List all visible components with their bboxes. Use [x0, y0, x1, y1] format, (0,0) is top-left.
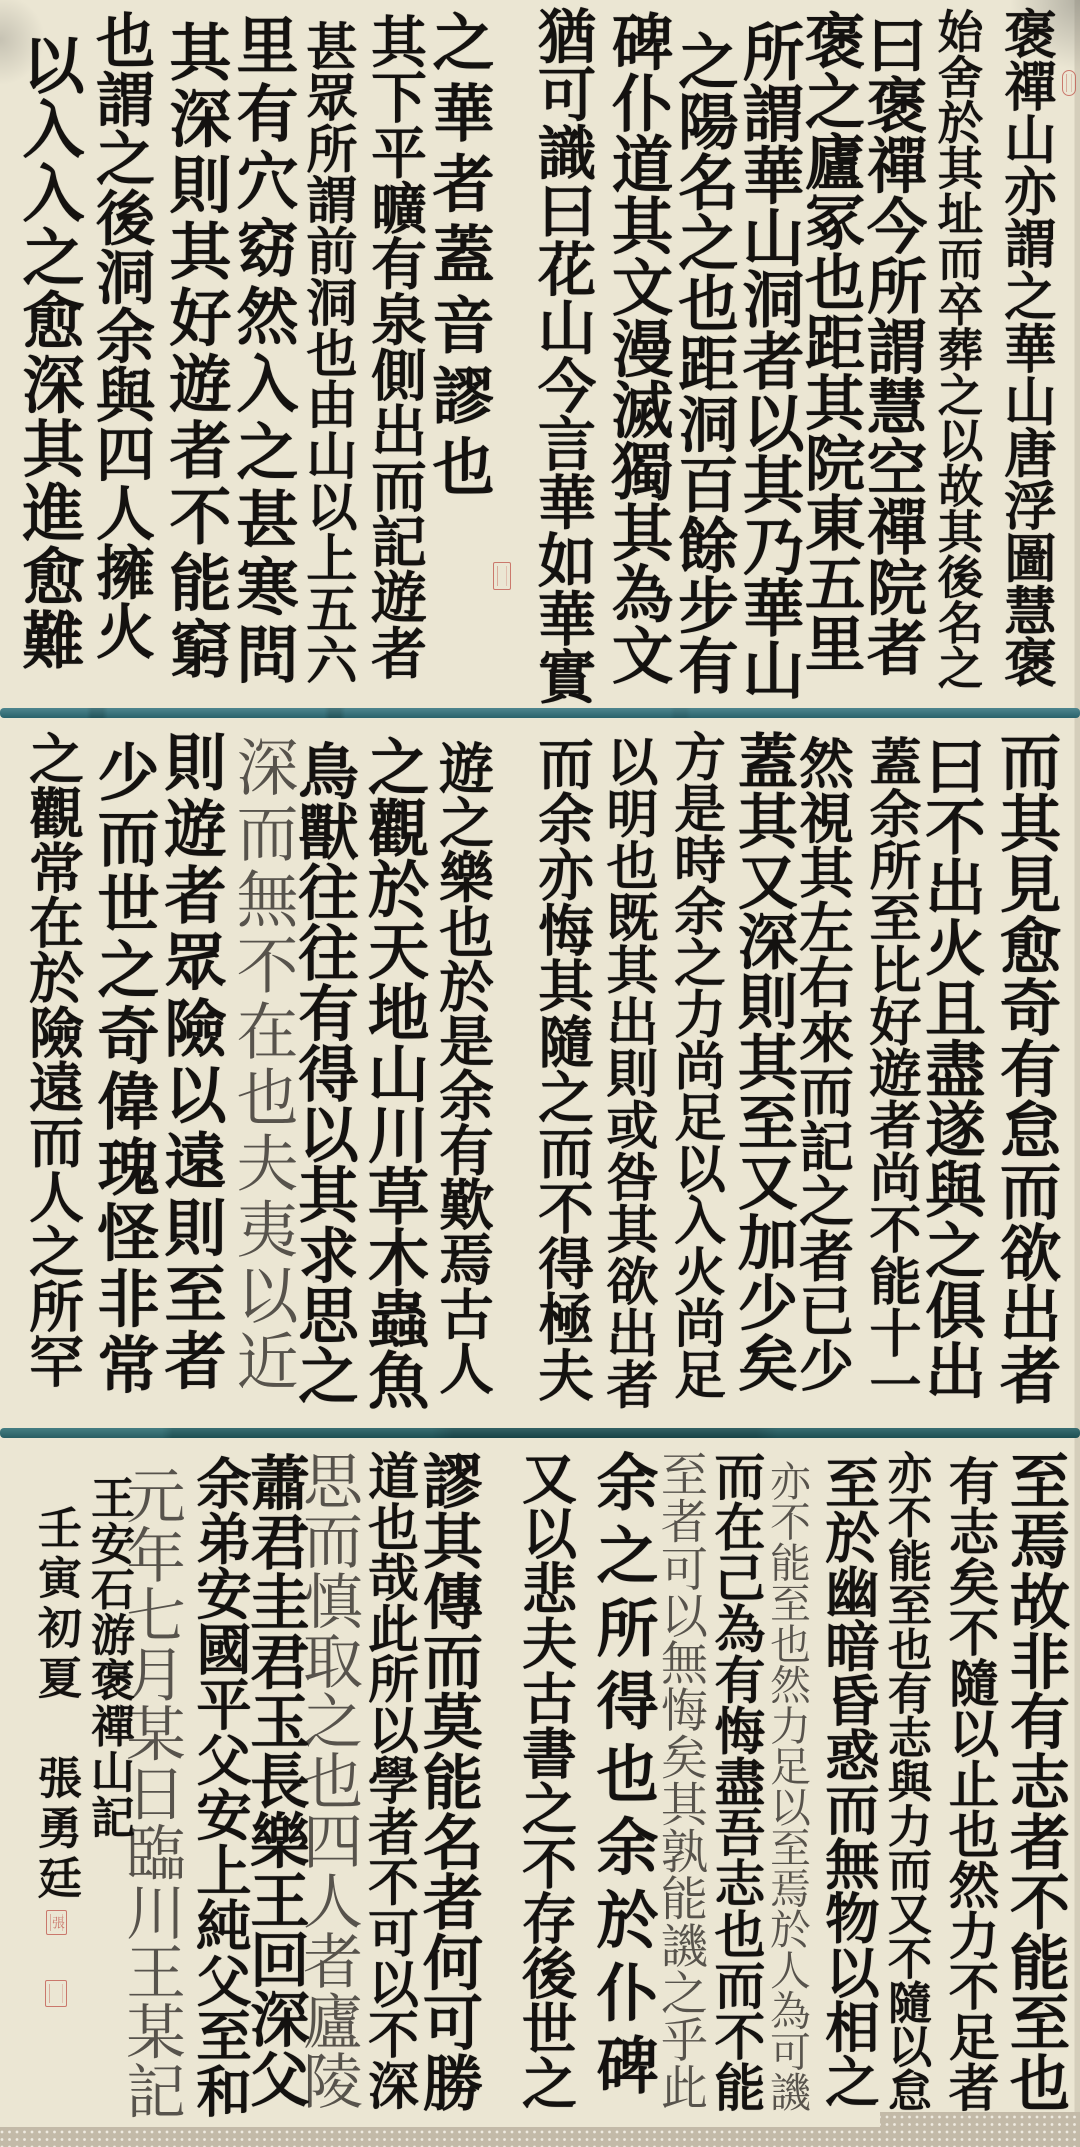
text-column: 始舍於其址而卒葬之以故其後名之: [923, 8, 993, 690]
text-column: 褒禪山亦謂之華山唐浮圖慧褒: [990, 7, 1060, 688]
seal-stamp: [45, 1980, 67, 2007]
text-column: 蓋余所至比好遊者尚不能十一: [855, 735, 925, 1410]
text-column: 曰褒禪今所謂慧空禪院者: [857, 14, 927, 677]
text-column: 甚眾所謂前洞也由山以上五六: [292, 20, 362, 685]
separator-line: [0, 1428, 1080, 1438]
text-column: 而其見愈奇有怠而欲出者: [990, 730, 1060, 1405]
text-column: 少而世之奇偉瑰怪非常: [88, 740, 158, 1398]
text-column: 以明也既其出則或咎其欲出者: [592, 735, 662, 1410]
text-column: 碑仆道其文漫滅獨其為文: [602, 10, 672, 685]
text-column: 至於幽暗昏惑而無物以相之: [813, 1455, 883, 2108]
seal-stamp: [1062, 70, 1076, 96]
text-column: 也謂之後洞余與四人擁火: [85, 10, 155, 660]
text-column: 深而無不在也夫夷以近: [227, 735, 297, 1395]
text-column: 道也哉此所以學者不可以不深: [355, 1450, 425, 2110]
text-column: 方是時余之力尚足以入火尚足: [660, 730, 730, 1400]
text-column: 其下平曠有泉側出而記遊者: [358, 13, 428, 680]
transparent-backdrop: [0, 2127, 1080, 2147]
text-column: 之觀於天地山川草木蟲魚: [358, 735, 428, 1410]
text-column: 遊之樂也於是余有歎焉古人: [427, 740, 497, 1395]
text-column: 猶可識曰花山今言華如華實: [527, 6, 597, 705]
text-column: 之陽名之也距洞百餘步有: [668, 30, 738, 695]
calligraphy-paper: 褒禪山亦謂之華山唐浮圖慧褒 始舍於其址而卒葬之以故其後名之 曰褒禪今所謂慧空禪院…: [0, 0, 1080, 2127]
text-column: 則遊者眾險以遠則至者: [155, 730, 225, 1395]
separator-line: [0, 708, 1080, 718]
text-column: 里有穴窈然入之甚寒問: [227, 13, 297, 690]
text-column: 余弟安國平父安上純父至和: [183, 1455, 253, 2118]
text-column: 以入入之愈深其進愈難: [13, 33, 83, 672]
seal-stamp: 張: [46, 1910, 67, 1935]
text-column: 其深則其好遊者不能窮: [160, 20, 230, 683]
text-column: 之華者蓋音謬也: [423, 10, 493, 505]
text-column: 之觀常在於險遠而人之所罕: [17, 730, 87, 1388]
text-column: 所謂華山洞者以其乃華山: [733, 20, 803, 700]
text-column: 至焉故非有志者不能至也: [1000, 1450, 1070, 2112]
text-column: 又以悲夫古書之不存後世之: [510, 1450, 580, 2110]
text-column: 而余亦悔其隨之而不得極夫: [525, 735, 595, 1402]
text-column: 余之所得也余於仆碑: [587, 1450, 657, 2106]
text-column: 褒之廬冢也距其院東五里: [795, 10, 865, 673]
seal-stamp: [493, 562, 511, 590]
text-column: 曰不出火且盡遂與之俱出: [915, 735, 985, 1400]
text-column: 有志矣不隨以止也然力不足者: [935, 1455, 1005, 2112]
signature: 壬寅初夏 張勇廷: [20, 1505, 90, 1905]
text-column: 蓋其又深則其至又加少矣: [728, 730, 798, 1392]
